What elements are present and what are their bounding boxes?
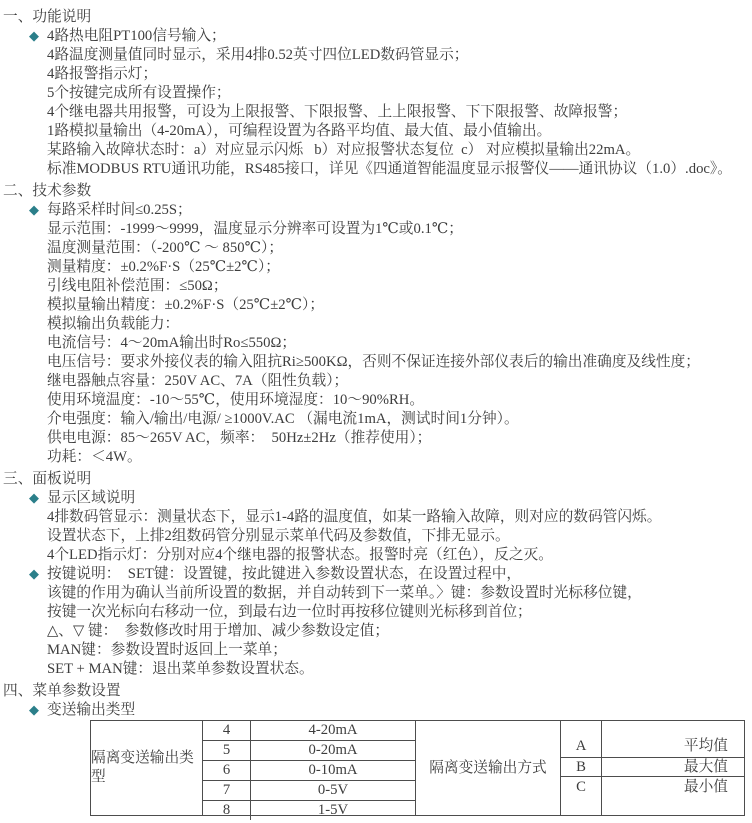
bullet-diamond-icon: ◆ [29, 490, 39, 507]
table-cell-mode-header: 隔离变送输出方式 [416, 721, 561, 815]
doc-line: 供电电源：85～265V AC，频率： 50Hz±2Hz（推荐使用）； [0, 429, 752, 448]
line-text: 4路报警指示灯； [47, 66, 157, 82]
doc-line: 功耗：＜4W。 [0, 448, 752, 467]
doc-line: 按键一次光标向右移动一位，到最右边一位时再按移位键则光标移到首位； [0, 603, 752, 622]
doc-line: 继电器触点容量：250V AC、7A（阻性负载）； [0, 372, 752, 391]
doc-line: 温度测量范围：（-200℃ ～ 850℃）； [0, 239, 752, 258]
table-cell-code: C [561, 777, 602, 815]
section-heading: 一、功能说明 [0, 8, 752, 27]
line-text: 1路模拟量输出（4-20mA），可编程设置为各路平均值、最大值、最小值输出。 [47, 123, 551, 139]
document-page: 一、功能说明 ◆4路热电阻PT100信号输入； 4路温度测量值同时显示，采用4排… [0, 0, 752, 823]
line-text: 电流信号：4～20mA输出时Ro≤550Ω； [47, 335, 296, 351]
doc-line: 模拟输出负载能力： [0, 315, 752, 334]
line-text: 介电强度：输入/输出/电源/ ≥1000V.AC （漏电流1mA，测试时间1分钟… [47, 411, 519, 427]
line-text: 继电器触点容量：250V AC、7A（阻性负载）； [47, 373, 348, 389]
table-row: 7 0-5V [203, 781, 415, 801]
doc-line: 4排数码管显示：测量状态下，显示1-4路的温度值，如某一路输入故障，则对应的数码… [0, 508, 752, 527]
doc-line: 电压信号：要求外接仪表的输入阻抗Ri≥500KΩ，否则不保证连接外部仪表后的输出… [0, 353, 752, 372]
table-cell-value: 0-10mA [251, 761, 415, 780]
doc-line: 5个按键完成所有设置操作； [0, 84, 752, 103]
line-text: 每路采样时间≤0.25S； [47, 202, 192, 218]
line-text: 4路温度测量值同时显示，采用4排0.52英寸四位LED数码管显示； [47, 47, 468, 63]
table-row: C 最小值 [561, 777, 744, 815]
doc-line: 引线电阻补偿范围：≤50Ω； [0, 277, 752, 296]
doc-line: 介电强度：输入/输出/电源/ ≥1000V.AC （漏电流1mA，测试时间1分钟… [0, 410, 752, 429]
table-cell-value: 1-5V [251, 801, 415, 820]
table-cell-code: 7 [203, 781, 251, 800]
table-row: 4 4-20mA [203, 721, 415, 741]
line-text: 供电电源：85～265V AC，频率： 50Hz±2Hz（推荐使用）； [47, 430, 431, 446]
table-cell-value: 最大值 [602, 758, 744, 776]
table-cell-code: 6 [203, 761, 251, 780]
table-row: 5 0-20mA [203, 741, 415, 761]
line-text: 5个按键完成所有设置操作； [47, 85, 231, 101]
section-function-description: 一、功能说明 ◆4路热电阻PT100信号输入； 4路温度测量值同时显示，采用4排… [0, 8, 752, 179]
doc-line: 1路模拟量输出（4-20mA），可编程设置为各路平均值、最大值、最小值输出。 [0, 122, 752, 141]
line-text: 电压信号：要求外接仪表的输入阻抗Ri≥500KΩ，否则不保证连接外部仪表后的输出… [47, 354, 700, 370]
table-cell-value: 4-20mA [251, 721, 415, 740]
section-heading: 二、技术参数 [0, 182, 752, 201]
table-row: 8 1-5V [203, 801, 415, 820]
line-text: 变送输出类型 [47, 702, 135, 718]
table-cell-code: A [561, 721, 602, 757]
table-mode-rows: A 平均值 B 最大值 C 最小值 [561, 721, 744, 815]
table-cell-code: 4 [203, 721, 251, 740]
doc-line: 该键的作用为确认当前所设置的数据，并自动转到下一菜单。〉键：参数设置时光标移位键… [0, 584, 752, 603]
doc-line: 电流信号：4～20mA输出时Ro≤550Ω； [0, 334, 752, 353]
bullet-diamond-icon: ◆ [29, 702, 39, 719]
line-text: 模拟量输出精度：±0.2%F·S（25℃±2℃）； [47, 297, 324, 313]
line-text: 温度测量范围：（-200℃ ～ 850℃）； [47, 240, 283, 256]
doc-line: 标准MODBUS RTU通讯功能，RS485接口，详见《四通道智能温度显示报警仪… [0, 160, 752, 179]
table-type-rows: 4 4-20mA 5 0-20mA 6 0-10mA 7 0-5V 8 1- [203, 721, 416, 815]
table-row: A 平均值 [561, 721, 744, 758]
table-cell-code: 8 [203, 801, 251, 820]
table-row: 6 0-10mA [203, 761, 415, 781]
transmit-output-table: 隔离变送输出类型 4 4-20mA 5 0-20mA 6 0-10mA 7 0-… [90, 720, 745, 816]
line-text: MAN键：参数设置时返回上一菜单； [47, 642, 287, 658]
doc-line: 显示范围：-1999～9999，温度显示分辨率可设置为1℃或0.1℃； [0, 220, 752, 239]
bullet-diamond-icon: ◆ [29, 202, 39, 219]
doc-line: ◆变送输出类型 [0, 701, 752, 720]
line-text: 使用环境温度：-10～55℃，使用环境湿度：10～90%RH。 [47, 392, 424, 408]
line-text: SET + MAN键：退出菜单参数设置状态。 [47, 661, 314, 677]
line-text: 引线电阻补偿范围：≤50Ω； [47, 278, 228, 294]
line-text: 按键一次光标向右移动一位，到最右边一位时再按移位键则光标移到首位； [47, 604, 532, 620]
section-heading: 四、菜单参数设置 [0, 682, 752, 701]
doc-line: ◆每路采样时间≤0.25S； [0, 201, 752, 220]
table-row: B 最大值 [561, 758, 744, 777]
section-heading: 三、面板说明 [0, 470, 752, 489]
doc-line: SET + MAN键：退出菜单参数设置状态。 [0, 660, 752, 679]
doc-line: 模拟量输出精度：±0.2%F·S（25℃±2℃）； [0, 296, 752, 315]
line-text: 某路输入故障状态时：a）对应显示闪烁 b）对应报警状态复位 c） 对应模拟量输出… [47, 142, 640, 158]
line-text: 按键说明： SET键：设置键，按此键进入参数设置状态，在设置过程中， [47, 566, 521, 582]
line-text: 模拟输出负载能力： [47, 316, 179, 332]
line-text: 标准MODBUS RTU通讯功能，RS485接口，详见《四通道智能温度显示报警仪… [47, 161, 732, 177]
table-cell-code: B [561, 758, 602, 776]
line-text: 4个LED指示灯：分别对应4个继电器的报警状态。报警时亮（红色），反之灭。 [47, 547, 553, 563]
doc-line: 4路温度测量值同时显示，采用4排0.52英寸四位LED数码管显示； [0, 46, 752, 65]
line-text: 该键的作用为确认当前所设置的数据，并自动转到下一菜单。〉键：参数设置时光标移位键… [47, 585, 642, 601]
doc-line: 测量精度：±0.2%F·S（25℃±2℃）； [0, 258, 752, 277]
section-panel-description: 三、面板说明 ◆显示区域说明 4排数码管显示：测量状态下，显示1-4路的温度值，… [0, 470, 752, 679]
doc-line: △、▽ 键： 参数修改时用于增加、减少参数设定值； [0, 622, 752, 641]
line-text: 4路热电阻PT100信号输入； [47, 28, 226, 44]
line-text: 功耗：＜4W。 [47, 449, 142, 465]
doc-line: ◆显示区域说明 [0, 489, 752, 508]
table-cell-value: 0-5V [251, 781, 415, 800]
line-text: 设置状态下，上排2组数码管分别显示菜单代码及参数值，下排无显示。 [47, 528, 510, 544]
line-text: 4排数码管显示：测量状态下，显示1-4路的温度值，如某一路输入故障，则对应的数码… [47, 509, 661, 525]
doc-line: 设置状态下，上排2组数码管分别显示菜单代码及参数值，下排无显示。 [0, 527, 752, 546]
bullet-diamond-icon: ◆ [29, 28, 39, 45]
line-text: 显示范围：-1999～9999，温度显示分辨率可设置为1℃或0.1℃； [47, 221, 463, 237]
doc-line: 4个LED指示灯：分别对应4个继电器的报警状态。报警时亮（红色），反之灭。 [0, 546, 752, 565]
doc-line: 4个继电器共用报警，可设为上限报警、下限报警、上上限报警、下下限报警、故障报警； [0, 103, 752, 122]
table-cell-value: 最小值 [602, 777, 744, 815]
line-text: 4个继电器共用报警，可设为上限报警、下限报警、上上限报警、下下限报警、故障报警； [47, 104, 627, 120]
section-technical-parameters: 二、技术参数 ◆每路采样时间≤0.25S； 显示范围：-1999～9999，温度… [0, 182, 752, 467]
table-cell-type-header: 隔离变送输出类型 [91, 721, 203, 815]
doc-line: ◆4路热电阻PT100信号输入； [0, 27, 752, 46]
table-cell-code: 5 [203, 741, 251, 760]
doc-line: MAN键：参数设置时返回上一菜单； [0, 641, 752, 660]
bullet-diamond-icon: ◆ [29, 566, 39, 583]
doc-line: 某路输入故障状态时：a）对应显示闪烁 b）对应报警状态复位 c） 对应模拟量输出… [0, 141, 752, 160]
doc-line: ◆按键说明： SET键：设置键，按此键进入参数设置状态，在设置过程中， [0, 565, 752, 584]
table-cell-value: 平均值 [602, 721, 744, 757]
line-text: 测量精度：±0.2%F·S（25℃±2℃）； [47, 259, 280, 275]
doc-line: 4路报警指示灯； [0, 65, 752, 84]
line-text: △、▽ 键： 参数修改时用于增加、减少参数设定值； [47, 623, 389, 639]
doc-line: 使用环境温度：-10～55℃，使用环境湿度：10～90%RH。 [0, 391, 752, 410]
table-cell-value: 0-20mA [251, 741, 415, 760]
section-menu-parameter-settings: 四、菜单参数设置 ◆变送输出类型 隔离变送输出类型 4 4-20mA 5 0-2… [0, 682, 752, 816]
line-text: 显示区域说明 [47, 490, 135, 506]
